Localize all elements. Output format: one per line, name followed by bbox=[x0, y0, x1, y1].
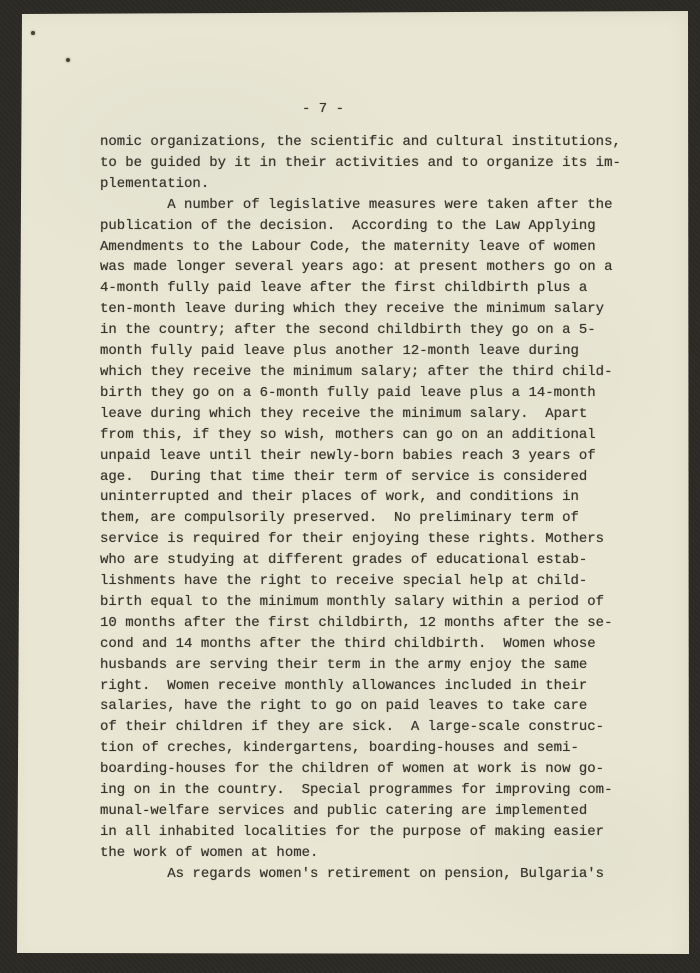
text-line: A number of legislative measures were ta… bbox=[100, 195, 640, 216]
text-line: service is required for their enjoying t… bbox=[100, 529, 640, 550]
text-line: was made longer several years ago: at pr… bbox=[100, 257, 640, 278]
page-body: nomic organizations, the scientific and … bbox=[100, 132, 640, 885]
text-line: husbands are serving their term in the a… bbox=[100, 655, 640, 676]
text-line: plementation. bbox=[100, 174, 640, 195]
text-line: in all inhabited localities for the purp… bbox=[100, 822, 640, 843]
text-line: tion of creches, kindergartens, boarding… bbox=[100, 738, 640, 759]
paper-speck bbox=[66, 58, 70, 62]
text-line: leave during which they receive the mini… bbox=[100, 404, 640, 425]
text-line: to be guided by it in their activities a… bbox=[100, 153, 640, 174]
text-line: which they receive the minimum salary; a… bbox=[100, 362, 640, 383]
text-line: cond and 14 months after the third child… bbox=[100, 634, 640, 655]
page-number: - 7 - bbox=[302, 99, 344, 120]
text-line: nomic organizations, the scientific and … bbox=[100, 132, 640, 153]
text-line: them, are compulsorily preserved. No pre… bbox=[100, 508, 640, 529]
text-line: publication of the decision. According t… bbox=[100, 216, 640, 237]
text-line: in the country; after the second childbi… bbox=[100, 320, 640, 341]
text-line: month fully paid leave plus another 12-m… bbox=[100, 341, 640, 362]
text-line: ten-month leave during which they receiv… bbox=[100, 299, 640, 320]
text-line: boarding-houses for the children of wome… bbox=[100, 759, 640, 780]
text-line: the work of women at home. bbox=[100, 843, 640, 864]
paper-speck bbox=[31, 31, 35, 35]
text-line: munal-welfare services and public cateri… bbox=[100, 801, 640, 822]
text-line: ing on in the country. Special programme… bbox=[100, 780, 640, 801]
text-line: birth they go on a 6-month fully paid le… bbox=[100, 383, 640, 404]
text-line: of their children if they are sick. A la… bbox=[100, 717, 640, 738]
text-line: 10 months after the first childbirth, 12… bbox=[100, 613, 640, 634]
text-line: salaries, have the right to go on paid l… bbox=[100, 696, 640, 717]
text-line: 4-month fully paid leave after the first… bbox=[100, 278, 640, 299]
text-line: As regards women's retirement on pension… bbox=[100, 864, 640, 885]
text-line: birth equal to the minimum monthly salar… bbox=[100, 592, 640, 613]
text-line: uninterrupted and their places of work, … bbox=[100, 487, 640, 508]
text-line: age. During that time their term of serv… bbox=[100, 467, 640, 488]
text-line: right. Women receive monthly allowances … bbox=[100, 676, 640, 697]
scanned-page-background: - 7 - nomic organizations, the scientifi… bbox=[0, 0, 700, 973]
text-line: Amendments to the Labour Code, the mater… bbox=[100, 237, 640, 258]
text-line: from this, if they so wish, mothers can … bbox=[100, 425, 640, 446]
text-line: who are studying at different grades of … bbox=[100, 550, 640, 571]
document-page: - 7 - nomic organizations, the scientifi… bbox=[0, 0, 700, 973]
text-line: unpaid leave until their newly-born babi… bbox=[100, 446, 640, 467]
text-line: lishments have the right to receive spec… bbox=[100, 571, 640, 592]
